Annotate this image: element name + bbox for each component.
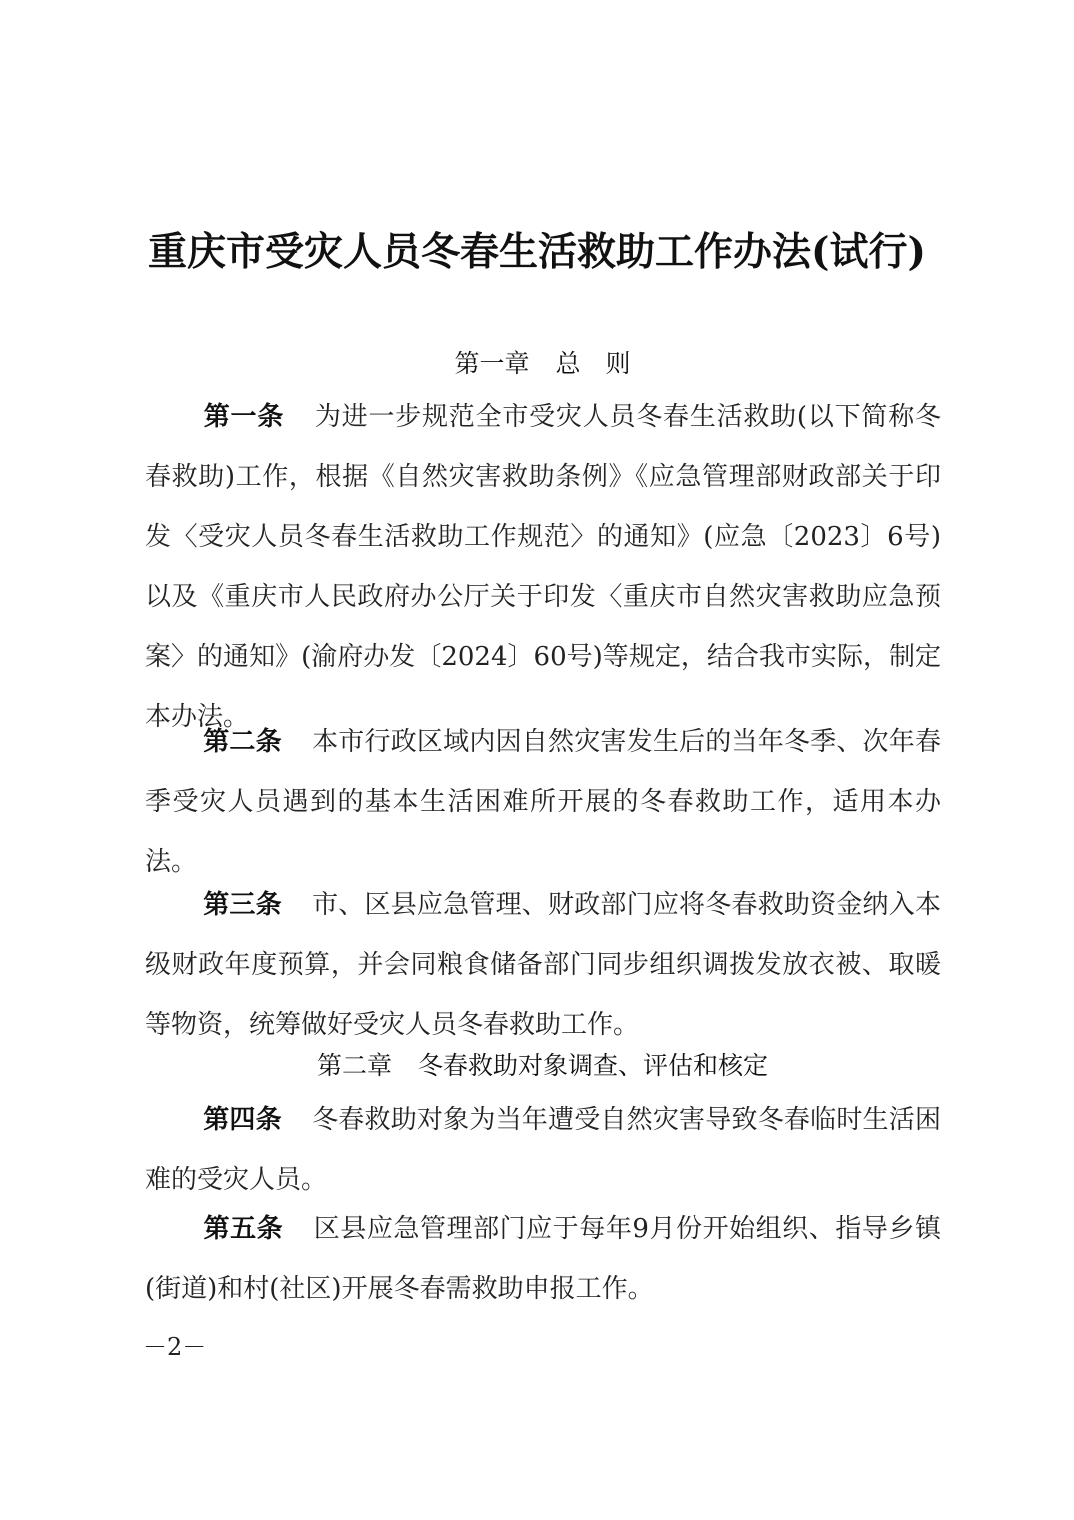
article-2: 第二条本市行政区域内因自然灾害发生后的当年冬季、次年春季受灾人员遇到的基本生活困…: [145, 712, 941, 892]
chapter-2-number: 第二章: [317, 1051, 392, 1080]
chapter-2-name: 冬春救助对象调查、评估和核定: [418, 1051, 768, 1080]
document-title: 重庆市受灾人员冬春生活救助工作办法(试行): [0, 222, 1074, 282]
article-5: 第五条区县应急管理部门应于每年9月份开始组织、指导乡镇(街道)和村(社区)开展冬…: [145, 1199, 941, 1319]
article-1-number: 第一条: [203, 402, 284, 432]
chapter-1-name: 总 则: [556, 349, 631, 378]
article-3-number: 第三条: [203, 890, 282, 920]
chapter-1-number: 第一章: [454, 349, 529, 378]
document-page: 重庆市受灾人员冬春生活救助工作办法(试行) 第一章总 则 第一条为进一步规范全市…: [0, 0, 1074, 1520]
article-2-number: 第二条: [203, 727, 282, 757]
chapter-2-heading: 第二章冬春救助对象调查、评估和核定: [145, 1046, 940, 1086]
article-3: 第三条市、区县应急管理、财政部门应将冬春救助资金纳入本级财政年度预算，并会同粮食…: [145, 875, 941, 1055]
article-1-text: 为进一步规范全市受灾人员冬春生活救助(以下简称冬春救助)工作，根据《自然灾害救助…: [145, 402, 941, 732]
article-4: 第四条冬春救助对象为当年遭受自然灾害导致冬春临时生活困难的受灾人员。: [145, 1090, 941, 1210]
page-number: －2－: [143, 1327, 206, 1362]
article-1: 第一条为进一步规范全市受灾人员冬春生活救助(以下简称冬春救助)工作，根据《自然灾…: [145, 387, 941, 747]
article-5-number: 第五条: [203, 1214, 283, 1244]
chapter-1-heading: 第一章总 则: [145, 344, 940, 384]
article-4-number: 第四条: [203, 1105, 282, 1135]
